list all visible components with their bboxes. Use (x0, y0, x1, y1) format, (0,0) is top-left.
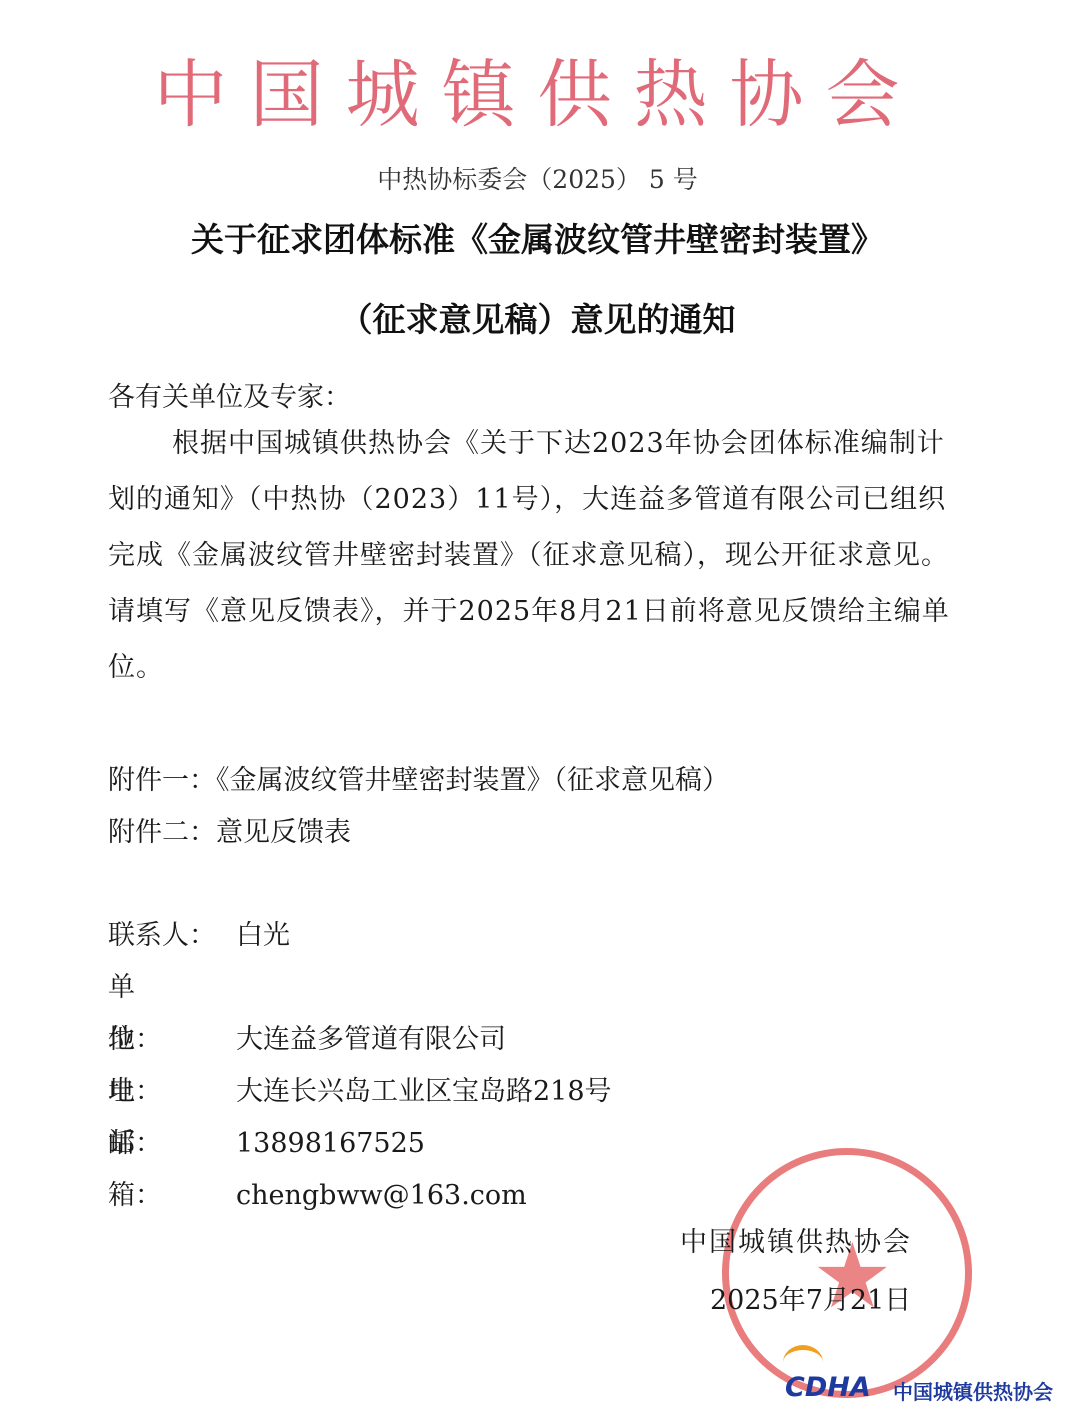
signature-organization: 中国城镇供热协会 (680, 1220, 912, 1259)
attachment-1: 附件一：《金属波纹管井壁密封装置》（征求意见稿） (108, 755, 729, 807)
notice-title-line1: 关于征求团体标准《金属波纹管井壁密封装置》 (0, 214, 1075, 261)
attachment-2: 附件二：意见反馈表 (108, 807, 351, 859)
contact-person: 联系人：白光 (108, 910, 290, 962)
contact-value: chengbww@163.com (236, 1180, 527, 1211)
organization-masthead: 中国城镇供热协会 (0, 58, 1075, 132)
contact-value: 白光 (236, 920, 290, 951)
contact-label: 联系人： (108, 910, 236, 962)
signature-date: 2025年7月21日 (710, 1278, 911, 1317)
logo-text: 中国城镇供热协会 (893, 1376, 1053, 1405)
document-number: 中热协标委会（2025） 5 号 (0, 160, 1075, 196)
cdha-logo: CDHA (785, 1372, 871, 1403)
body-paragraph: 根据中国城镇供热协会《关于下达2023年协会团体标准编制计划的通知》（中热协（2… (108, 416, 968, 696)
contact-email: 邮 箱：chengbww@163.com (108, 1118, 527, 1222)
notice-title-line2: （征求意见稿）意见的通知 (0, 294, 1075, 341)
contact-label: 邮 箱： (108, 1118, 236, 1222)
